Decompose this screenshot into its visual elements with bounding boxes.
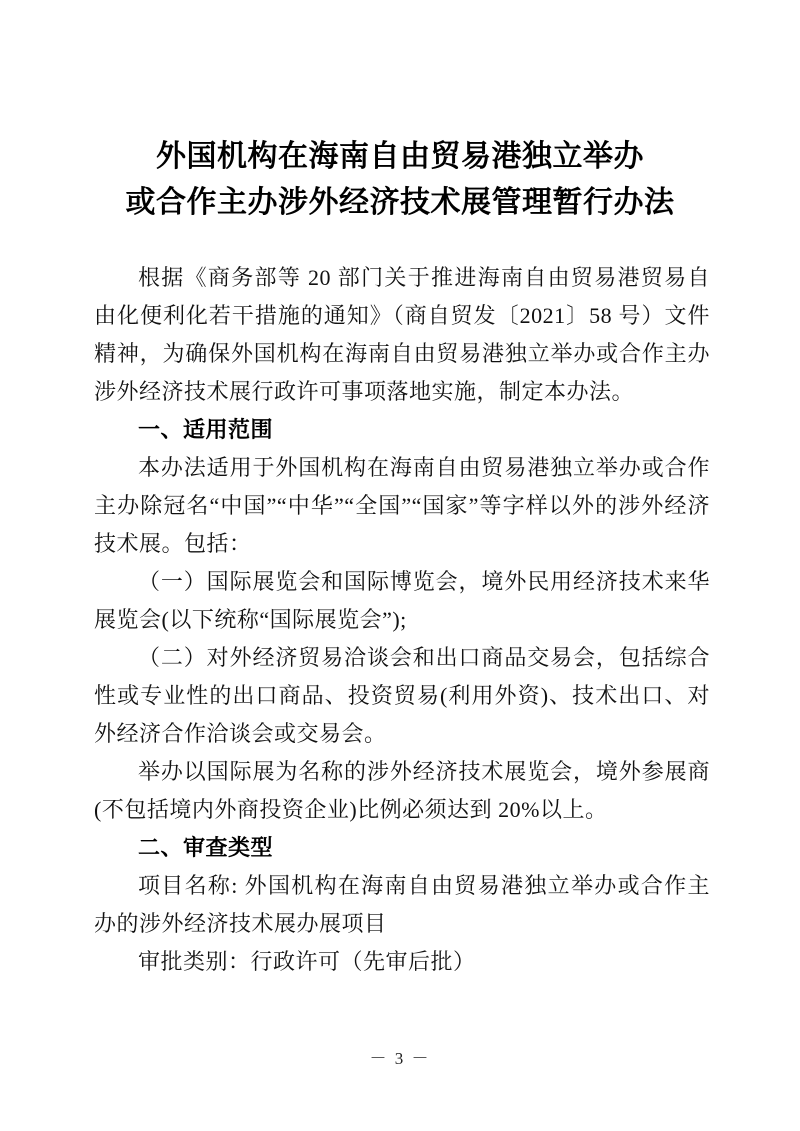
exhibitor-ratio-paragraph: 举办以国际展为名称的涉外经济技术展览会，境外参展商(不包括境内外商投资企业)比例… bbox=[94, 753, 710, 829]
intro-paragraph: 根据《商务部等 20 部门关于推进海南自由贸易港贸易自由化便利化若干措施的通知》… bbox=[94, 259, 710, 411]
document-page: 外国机构在海南自由贸易港独立举办 或合作主办涉外经济技术展管理暂行办法 根据《商… bbox=[0, 0, 800, 1131]
scope-item-2: （二）对外经济贸易洽谈会和出口商品交易会，包括综合性或专业性的出口商品、投资贸易… bbox=[94, 639, 710, 753]
document-body: 根据《商务部等 20 部门关于推进海南自由贸易港贸易自由化便利化若干措施的通知》… bbox=[94, 259, 710, 981]
section-1-heading: 一、适用范围 bbox=[94, 411, 710, 449]
document-title-line-1: 外国机构在海南自由贸易港独立举办 bbox=[60, 134, 740, 180]
document-title-line-2: 或合作主办涉外经济技术展管理暂行办法 bbox=[60, 180, 740, 226]
page-number: － 3 － bbox=[0, 1044, 800, 1069]
project-name-paragraph: 项目名称: 外国机构在海南自由贸易港独立举办或合作主办的涉外经济技术展办展项目 bbox=[94, 867, 710, 943]
scope-item-1: （一）国际展览会和国际博览会，境外民用经济技术来华展览会(以下统称“国际展览会”… bbox=[94, 563, 710, 639]
approval-category-paragraph: 审批类别：行政许可（先审后批） bbox=[94, 943, 710, 981]
section-2-heading: 二、审查类型 bbox=[94, 829, 710, 867]
scope-paragraph: 本办法适用于外国机构在海南自由贸易港独立举办或合作主办除冠名“中国”“中华”“全… bbox=[94, 449, 710, 563]
document-title: 外国机构在海南自由贸易港独立举办 或合作主办涉外经济技术展管理暂行办法 bbox=[60, 134, 740, 226]
